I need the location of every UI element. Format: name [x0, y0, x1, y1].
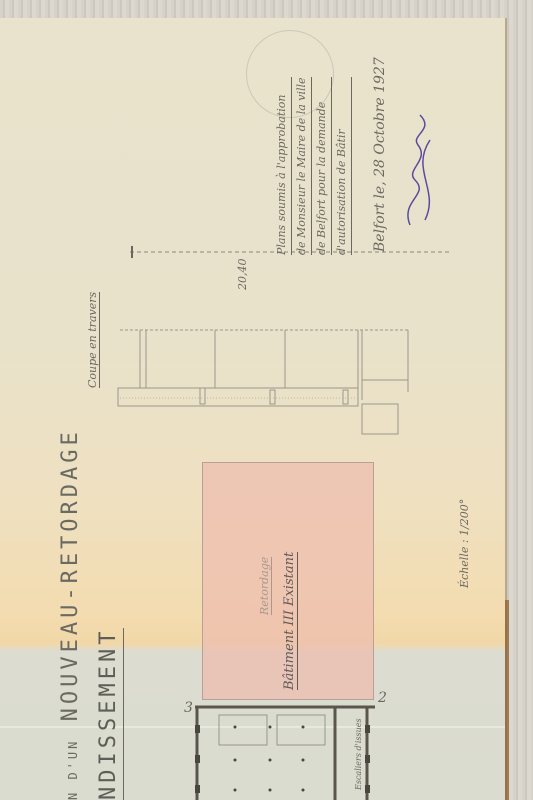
pink-block-sublabel: Bâtiment III Existant	[282, 552, 298, 690]
stair-label: Escaliers d'issues	[354, 718, 363, 790]
approval-line-2: de Monsieur le Maire de la ville	[292, 77, 312, 255]
scale-label: Échelle : 1/200°	[458, 499, 471, 588]
pink-block-label: Retordage	[258, 557, 272, 615]
title-prefix: N D'UN	[66, 739, 80, 800]
plan-mark-3: 3	[184, 700, 193, 716]
plan-mark-2: 2	[378, 690, 387, 706]
drawing-title-line2: NDISSEMENT	[96, 628, 124, 800]
approval-line-4: d'autorisation de Bâtir	[332, 77, 352, 255]
floor-plan-drawing	[195, 705, 375, 800]
dimension-value: 20,40	[236, 259, 249, 291]
approval-text: Plans soumis à l'approbation de Monsieur…	[272, 77, 352, 255]
drawing-title-line1: N D'UN NOUVEAU-RETORDAGE	[58, 428, 83, 800]
approval-line-3: de Belfort pour la demande	[312, 77, 332, 255]
title-main: NOUVEAU-RETORDAGE	[58, 428, 83, 721]
signature-icon	[400, 100, 440, 230]
approval-line-1: Plans soumis à l'approbation	[272, 77, 292, 255]
cross-section-drawing	[100, 310, 440, 470]
approval-date: Belfort le, 28 Octobre 1927	[372, 57, 388, 252]
sheet-edge	[505, 600, 509, 800]
section-label: Coupe en travers	[86, 292, 100, 388]
